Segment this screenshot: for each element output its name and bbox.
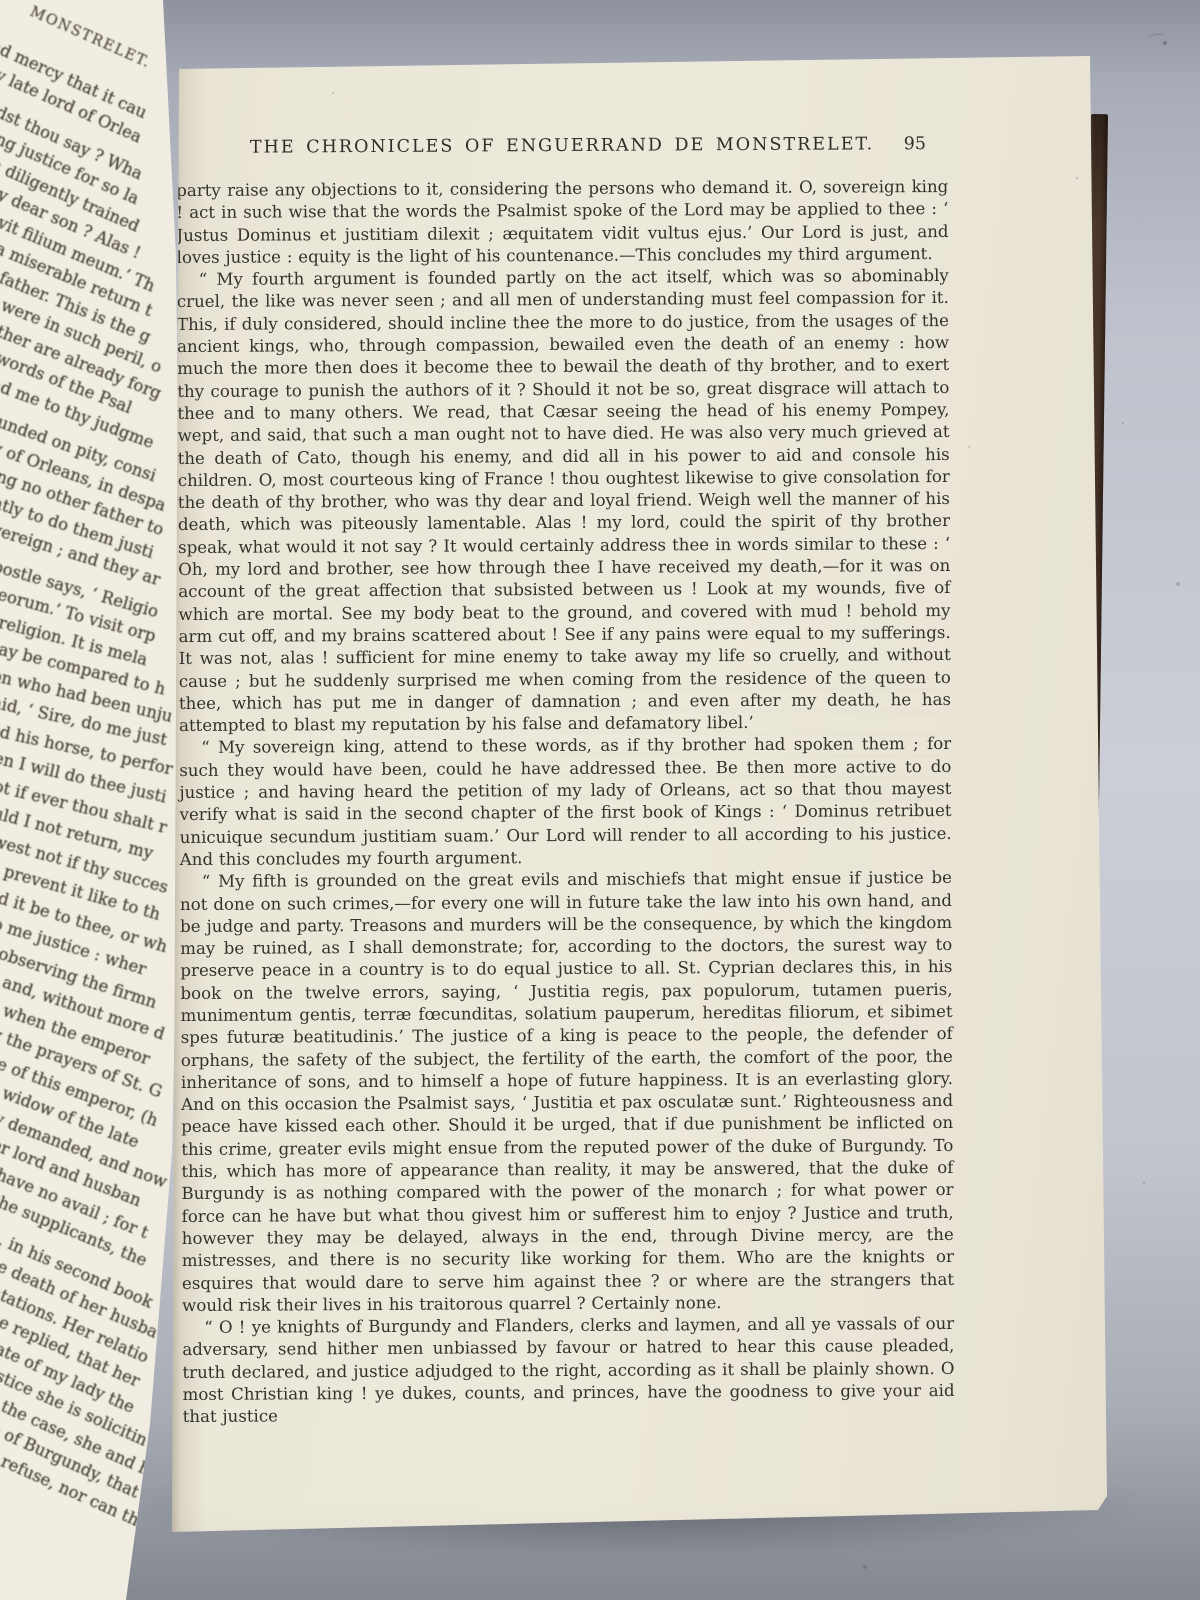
right-page-text: party raise any objections to it, consid… [176,176,955,1429]
photo-background: MONSTRELET.and mercy that it caumy late … [0,0,1200,1600]
page-header: THE CHRONICLES OF ENGUERRAND DE MONSTREL… [176,134,948,162]
page-number: 95 [904,134,926,154]
paragraph: “ My sovereign king, attend to these wor… [179,733,952,871]
paragraph: “ O ! ye knights of Burgundy and Flander… [182,1313,955,1429]
paragraph: “ My fourth argument is founded partly o… [177,265,951,737]
paragraph: “ My fifth is grounded on the great evil… [180,867,954,1317]
dust-specks [0,0,2,2]
pencil-mark [1148,33,1165,42]
running-title: THE CHRONICLES OF ENGUERRAND DE MONSTREL… [250,134,874,157]
right-page: THE CHRONICLES OF ENGUERRAND DE MONSTREL… [0,0,1200,1600]
paragraph: party raise any objections to it, consid… [176,176,948,269]
